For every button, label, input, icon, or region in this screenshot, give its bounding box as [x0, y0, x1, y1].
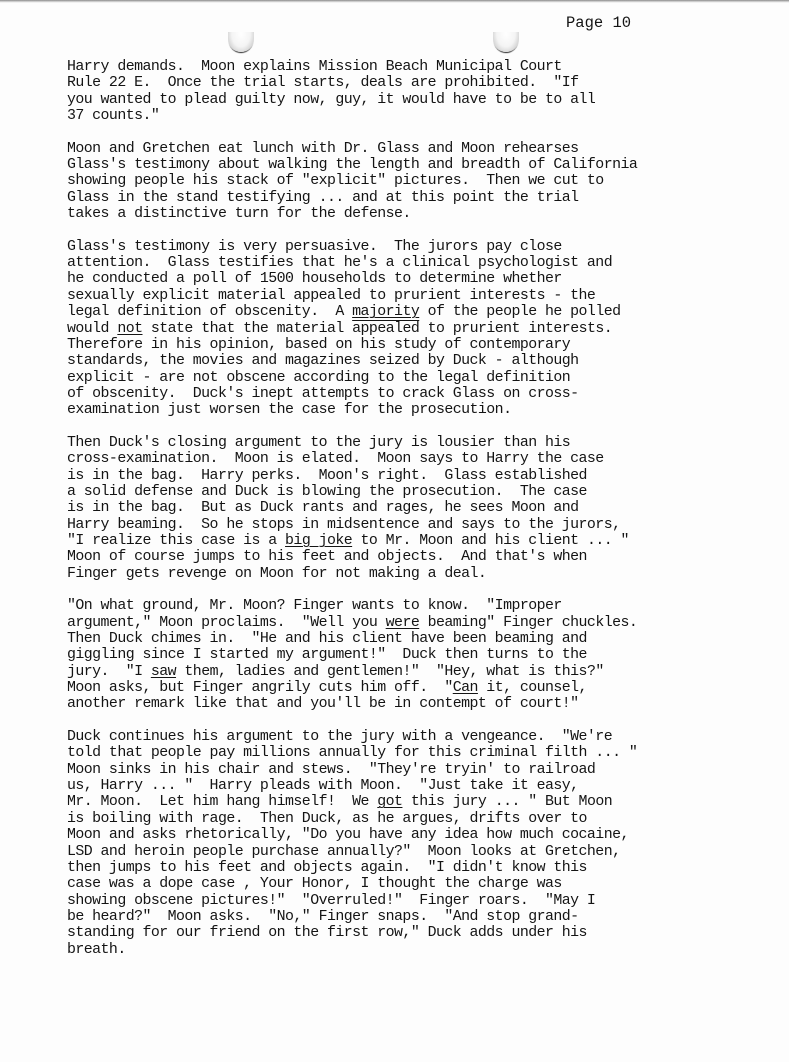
text-run: Mr. Moon. Let him hang himself! We: [67, 794, 377, 810]
text-line: he conducted a poll of 1500 households t…: [67, 271, 782, 287]
text-line: giggling since I started my argument!" D…: [67, 647, 782, 663]
text-line: us, Harry ... " Harry pleads with Moon. …: [67, 778, 782, 794]
text-line: takes a distinctive turn for the defense…: [67, 206, 782, 222]
text-line: Therefore in his opinion, based on his s…: [67, 337, 782, 353]
text-line: Glass's testimony is very persuasive. Th…: [67, 239, 782, 255]
underlined-emphasis: got: [377, 794, 402, 810]
text-line: then jumps to his feet and objects again…: [67, 860, 782, 876]
text-run: then jumps to his feet and objects again…: [67, 860, 587, 876]
text-line: Moon sinks in his chair and stews. "They…: [67, 762, 782, 778]
text-run: beaming" Finger chuckles.: [419, 615, 637, 631]
punch-hole-icon: [228, 32, 254, 52]
text-run: Moon and asks rhetorically, "Do you have…: [67, 827, 629, 843]
text-run: case was a dope case , Your Honor, I tho…: [67, 876, 562, 892]
text-line: showing obscene pictures!" "Overruled!" …: [67, 893, 782, 909]
text-run: Glass's testimony about walking the leng…: [67, 157, 637, 173]
text-line: Moon of course jumps to his feet and obj…: [67, 549, 782, 565]
text-line: Glass in the stand testifying ... and at…: [67, 190, 782, 206]
text-line: Glass's testimony about walking the leng…: [67, 157, 782, 173]
text-run: Duck continues his argument to the jury …: [67, 729, 612, 745]
underlined-emphasis: saw: [151, 664, 176, 680]
text-line: explicit - are not obscene according to …: [67, 370, 782, 386]
text-run: would: [67, 321, 117, 337]
text-line: Moon asks, but Finger angrily cuts him o…: [67, 680, 782, 696]
text-run: is boiling with rage. Then Duck, as he a…: [67, 811, 587, 827]
text-run: Rule 22 E. Once the trial starts, deals …: [67, 75, 579, 91]
text-run: state that the material: [143, 321, 353, 337]
paragraph: Then Duck's closing argument to the jury…: [67, 435, 782, 582]
text-line: a solid defense and Duck is blowing the …: [67, 484, 782, 500]
text-run: Harry beaming. So he stops in midsentenc…: [67, 517, 620, 533]
text-line: argument," Moon proclaims. "Well you wer…: [67, 615, 782, 631]
text-line: Finger gets revenge on Moon for not maki…: [67, 566, 782, 582]
text-run: Therefore in his opinion, based on his s…: [67, 337, 570, 353]
text-line: Then Duck chimes in. "He and his client …: [67, 631, 782, 647]
text-run: Glass's testimony is very persuasive. Th…: [67, 239, 562, 255]
text-run: is in the bag. But as Duck rants and rag…: [67, 500, 579, 516]
paragraph: "On what ground, Mr. Moon? Finger wants …: [67, 598, 782, 712]
text-line: legal definition of obscenity. A majorit…: [67, 304, 782, 320]
text-run: Moon and Gretchen eat lunch with Dr. Gla…: [67, 141, 579, 157]
text-run: explicit - are not obscene according to …: [67, 370, 570, 386]
text-line: another remark like that and you'll be i…: [67, 696, 782, 712]
text-run: this jury ... " But Moon: [402, 794, 612, 810]
page-number: Page 10: [566, 14, 631, 32]
text-line: is in the bag. Harry perks. Moon's right…: [67, 468, 782, 484]
text-run: 37 counts.": [67, 108, 159, 124]
text-run: us, Harry ... " Harry pleads with Moon. …: [67, 778, 579, 794]
text-run: standards, the movies and magazines seiz…: [67, 353, 579, 369]
text-line: be heard?" Moon asks. "No," Finger snaps…: [67, 909, 782, 925]
text-line: is in the bag. But as Duck rants and rag…: [67, 500, 782, 516]
text-run: it, counsel,: [478, 680, 587, 696]
text-line: case was a dope case , Your Honor, I tho…: [67, 876, 782, 892]
text-run: giggling since I started my argument!" D…: [67, 647, 587, 663]
text-run: standing for our friend on the first row…: [67, 925, 587, 941]
paragraph: Duck continues his argument to the jury …: [67, 729, 782, 958]
text-line: showing people his stack of "explicit" p…: [67, 173, 782, 189]
text-run: Finger gets revenge on Moon for not maki…: [67, 566, 486, 582]
text-run: Then Duck chimes in. "He and his client …: [67, 631, 587, 647]
text-run: Moon of course jumps to his feet and obj…: [67, 549, 587, 565]
text-line: Mr. Moon. Let him hang himself! We got t…: [67, 794, 782, 810]
text-run: "I realize this case is a: [67, 533, 285, 549]
text-run: showing people his stack of "explicit" p…: [67, 173, 604, 189]
underlined-emphasis: majority: [352, 304, 419, 320]
text-line: standards, the movies and magazines seiz…: [67, 353, 782, 369]
underlined-emphasis: big joke: [285, 533, 352, 549]
paragraph: Moon and Gretchen eat lunch with Dr. Gla…: [67, 141, 782, 223]
text-run: to Mr. Moon and his client ... ": [352, 533, 629, 549]
scan-edge-shadow: [0, 0, 789, 3]
text-line: you wanted to plead guilty now, guy, it …: [67, 92, 782, 108]
text-run: of the people he polled: [419, 304, 620, 320]
document-body: Harry demands. Moon explains Mission Bea…: [67, 59, 782, 974]
text-run: argument," Moon proclaims. "Well you: [67, 615, 386, 631]
text-run: showing obscene pictures!" "Overruled!" …: [67, 893, 595, 909]
text-run: examination just worsen the case for the…: [67, 402, 511, 418]
text-line: Then Duck's closing argument to the jury…: [67, 435, 782, 451]
underlined-emphasis: Can: [453, 680, 478, 696]
text-line: of obscenity. Duck's inept attempts to c…: [67, 386, 782, 402]
text-run: Harry demands. Moon explains Mission Bea…: [67, 59, 562, 75]
text-run: told that people pay millions annually f…: [67, 745, 637, 761]
text-line: sexually explicit material appealed to p…: [67, 288, 782, 304]
text-line: 37 counts.": [67, 108, 782, 124]
text-line: jury. "I saw them, ladies and gentlemen!…: [67, 664, 782, 680]
text-line: "I realize this case is a big joke to Mr…: [67, 533, 782, 549]
paragraph: Harry demands. Moon explains Mission Bea…: [67, 59, 782, 124]
text-line: Moon and Gretchen eat lunch with Dr. Gla…: [67, 141, 782, 157]
text-run: you wanted to plead guilty now, guy, it …: [67, 92, 595, 108]
text-run: a solid defense and Duck is blowing the …: [67, 484, 587, 500]
text-line: examination just worsen the case for the…: [67, 402, 782, 418]
text-line: standing for our friend on the first row…: [67, 925, 782, 941]
text-run: jury. "I: [67, 664, 151, 680]
text-run: sexually explicit material appealed to p…: [67, 288, 595, 304]
text-line: Rule 22 E. Once the trial starts, deals …: [67, 75, 782, 91]
text-run: to prurient interests.: [419, 321, 612, 337]
text-run: attention. Glass testifies that he's a c…: [67, 255, 612, 271]
paragraph: Glass's testimony is very persuasive. Th…: [67, 239, 782, 419]
text-run: another remark like that and you'll be i…: [67, 696, 579, 712]
text-line: told that people pay millions annually f…: [67, 745, 782, 761]
text-run: be heard?" Moon asks. "No," Finger snaps…: [67, 909, 579, 925]
text-line: Harry beaming. So he stops in midsentenc…: [67, 517, 782, 533]
document-page: Page 10 Harry demands. Moon explains Mis…: [0, 0, 789, 1062]
text-run: LSD and heroin people purchase annually?…: [67, 844, 620, 860]
text-line: would not state that the material appeal…: [67, 321, 782, 337]
text-run: takes a distinctive turn for the defense…: [67, 206, 411, 222]
text-line: breath.: [67, 942, 782, 958]
text-run: them, ladies and gentlemen!" "Hey, what …: [176, 664, 604, 680]
underlined-emphasis: not: [117, 321, 142, 337]
text-run: cross-examination. Moon is elated. Moon …: [67, 451, 604, 467]
text-line: Harry demands. Moon explains Mission Bea…: [67, 59, 782, 75]
text-line: "On what ground, Mr. Moon? Finger wants …: [67, 598, 782, 614]
text-run: Then Duck's closing argument to the jury…: [67, 435, 570, 451]
text-run: Moon asks, but Finger angrily cuts him o…: [67, 680, 453, 696]
text-run: Moon sinks in his chair and stews. "They…: [67, 762, 595, 778]
text-run: is in the bag. Harry perks. Moon's right…: [67, 468, 587, 484]
punch-hole-icon: [493, 32, 519, 52]
overlined-mark: appealed: [352, 321, 419, 337]
text-run: breath.: [67, 942, 126, 958]
text-run: Glass in the stand testifying ... and at…: [67, 190, 579, 206]
text-run: "On what ground, Mr. Moon? Finger wants …: [67, 598, 562, 614]
text-line: is boiling with rage. Then Duck, as he a…: [67, 811, 782, 827]
text-run: legal definition of obscenity. A: [67, 304, 352, 320]
text-line: attention. Glass testifies that he's a c…: [67, 255, 782, 271]
text-run: he conducted a poll of 1500 households t…: [67, 271, 562, 287]
text-line: Duck continues his argument to the jury …: [67, 729, 782, 745]
text-line: LSD and heroin people purchase annually?…: [67, 844, 782, 860]
text-run: of obscenity. Duck's inept attempts to c…: [67, 386, 579, 402]
underlined-emphasis: were: [386, 615, 420, 631]
text-line: cross-examination. Moon is elated. Moon …: [67, 451, 782, 467]
text-line: Moon and asks rhetorically, "Do you have…: [67, 827, 782, 843]
